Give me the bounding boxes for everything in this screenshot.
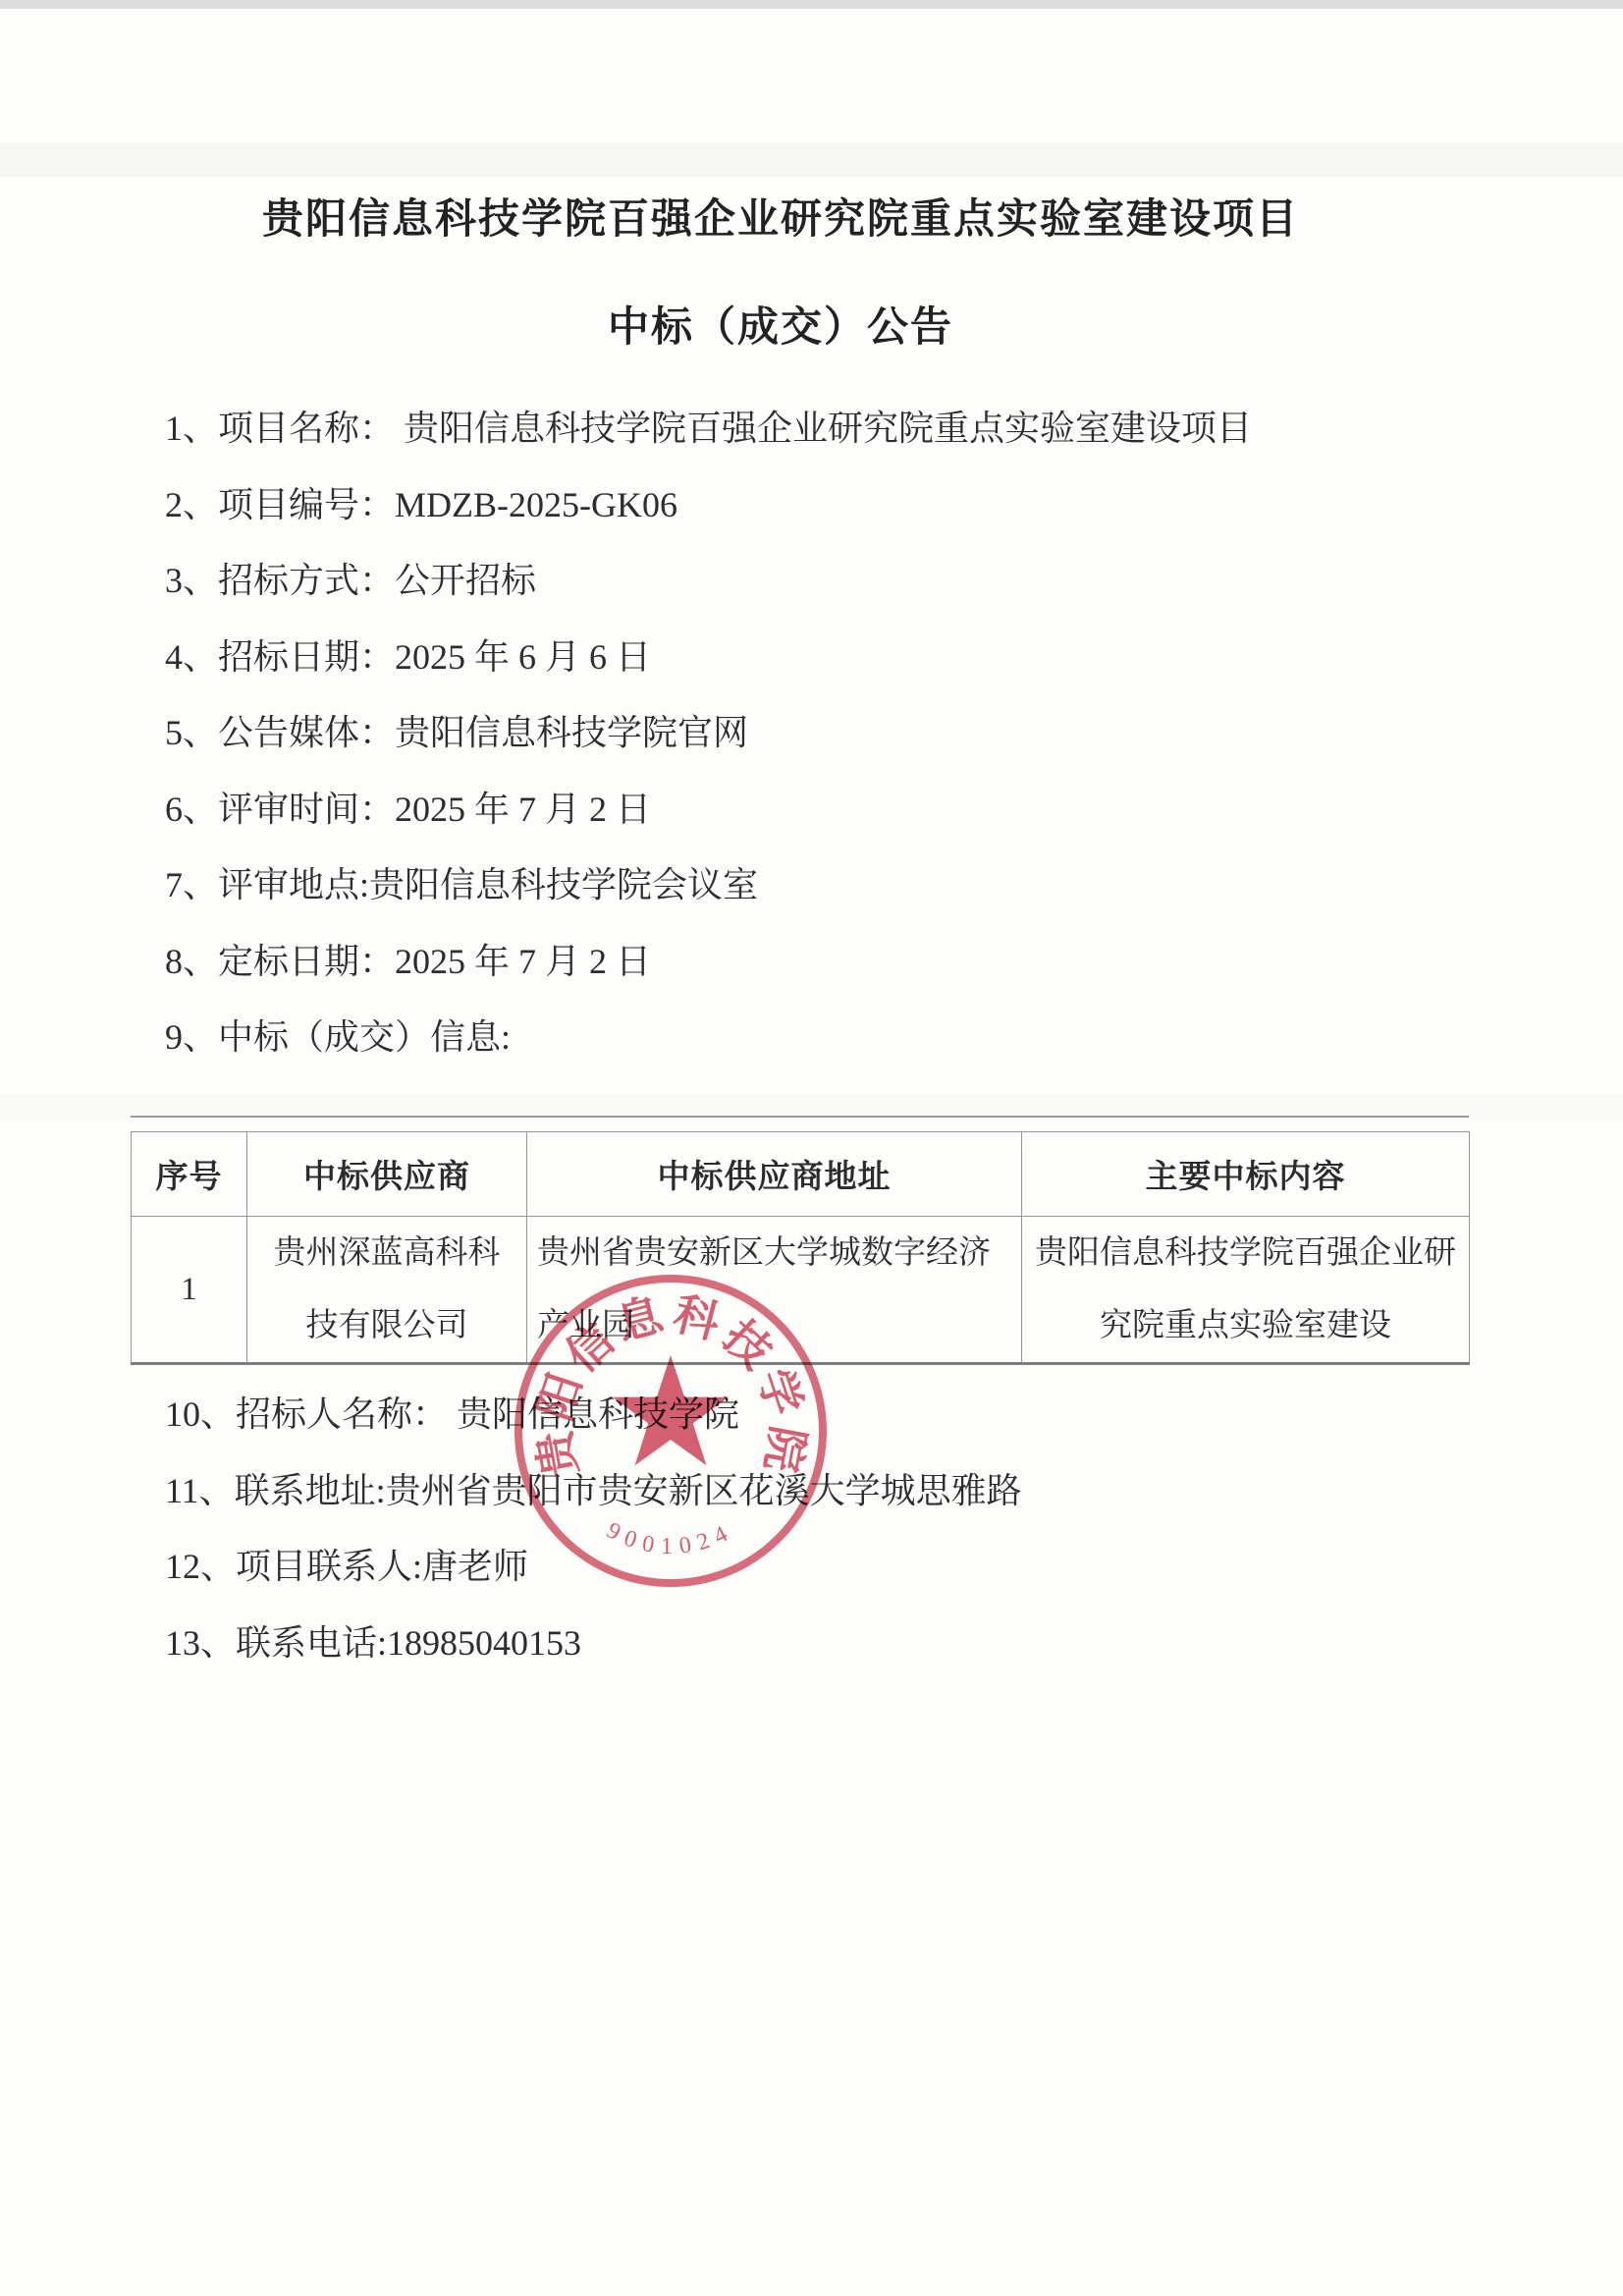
document-page: 贵阳信息科技学院百强企业研究院重点实验室建设项目 中标（成交）公告 1、项目名称…: [0, 0, 1623, 2296]
cell-serial-number: 1: [132, 1217, 247, 1364]
header-main-content: 主要中标内容: [1022, 1132, 1470, 1217]
list-item-review-place: 7、评审地点:贵阳信息科技学院会议室: [165, 847, 1252, 924]
header-supplier-address: 中标供应商地址: [527, 1132, 1022, 1217]
table-row: 1 贵州深蓝高科科技有限公司 贵州省贵安新区大学城数字经济产业园 贵阳信息科技学…: [132, 1217, 1470, 1364]
table-top-rule: [131, 1116, 1469, 1118]
list-item-project-number: 2、项目编号：MDZB-2025-GK06: [165, 467, 1252, 544]
header-winning-supplier: 中标供应商: [247, 1132, 527, 1217]
list-item-award-date: 8、定标日期：2025 年 7 月 2 日: [165, 924, 1252, 1001]
list-item-award-info: 9、中标（成交）信息:: [165, 1000, 1252, 1076]
scan-artifact-band: [0, 0, 1623, 9]
cell-main-content: 贵阳信息科技学院百强企业研究院重点实验室建设: [1022, 1217, 1470, 1364]
list-item-tenderer-name: 10、招标人名称： 贵阳信息科技学院: [165, 1377, 1022, 1453]
award-table: 序号 中标供应商 中标供应商地址 主要中标内容 1 贵州深蓝高科科技有限公司 贵…: [131, 1131, 1470, 1365]
list-item-bid-method: 3、招标方式：公开招标: [165, 543, 1252, 620]
scan-artifact-band: [0, 143, 1623, 177]
cell-supplier-address: 贵州省贵安新区大学城数字经济产业园: [527, 1217, 1022, 1364]
document-title-line1: 贵阳信息科技学院百强企业研究院重点实验室建设项目: [0, 187, 1561, 246]
table-header-row: 序号 中标供应商 中标供应商地址 主要中标内容: [132, 1132, 1470, 1217]
list-item-contact-address: 11、联系地址:贵州省贵阳市贵安新区花溪大学城思雅路: [165, 1453, 1022, 1530]
header-serial-number: 序号: [132, 1132, 247, 1217]
list-item-contact-person: 12、项目联系人:唐老师: [165, 1529, 1022, 1606]
info-list-top: 1、项目名称： 贵阳信息科技学院百强企业研究院重点实验室建设项目 2、项目编号：…: [165, 391, 1252, 1076]
list-item-notice-media: 5、公告媒体：贵阳信息科技学院官网: [165, 695, 1252, 772]
cell-winning-supplier: 贵州深蓝高科科技有限公司: [247, 1217, 527, 1364]
list-item-bid-date: 4、招标日期：2025 年 6 月 6 日: [165, 620, 1252, 696]
list-item-project-name: 1、项目名称： 贵阳信息科技学院百强企业研究院重点实验室建设项目: [165, 391, 1252, 467]
document-title-line2: 中标（成交）公告: [0, 295, 1561, 354]
list-item-review-time: 6、评审时间：2025 年 7 月 2 日: [165, 772, 1252, 848]
list-item-contact-phone: 13、联系电话:18985040153: [165, 1606, 1022, 1682]
info-list-bottom: 10、招标人名称： 贵阳信息科技学院 11、联系地址:贵州省贵阳市贵安新区花溪大…: [165, 1377, 1022, 1681]
